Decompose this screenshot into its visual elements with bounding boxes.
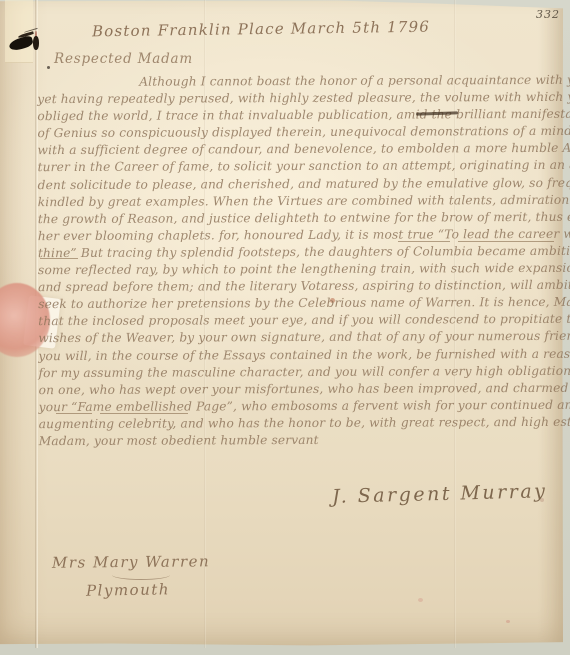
ink-underline — [398, 241, 450, 242]
ink-blot-small — [33, 36, 39, 50]
ink-underline — [56, 413, 92, 414]
letter-line: the growth of Reason, and justice deligh… — [38, 209, 562, 228]
address-place: Plymouth — [86, 580, 170, 599]
letter-line: Madam, your most obedient humble servant — [39, 431, 563, 450]
letter-line: augmenting celebrity, and who has the ho… — [39, 414, 563, 433]
letter-line: wishes of the Weaver, by your own signat… — [38, 328, 562, 347]
foxing-spot — [506, 620, 510, 623]
ink-underline — [458, 241, 554, 242]
foxing-spot — [418, 598, 423, 602]
letter-line: dent solicitude to please, and cherished… — [38, 174, 562, 193]
letter-line: her ever blooming chaplets. for, honoure… — [38, 226, 562, 245]
letter-salutation: Respected Madam — [54, 51, 193, 67]
letter-scan: 332 Boston Franklin Place March 5th 1796… — [0, 0, 570, 655]
letter-line: kindled by great examples. When the Virt… — [38, 192, 562, 211]
archive-page-number: 332 — [536, 8, 560, 21]
address-recipient: Mrs Mary Warren — [52, 552, 210, 571]
tape-residue — [5, 0, 33, 63]
ink-speck — [47, 66, 50, 69]
letter-body: Although I cannot boast the honor of a p… — [37, 72, 563, 450]
address-flourish — [112, 570, 170, 580]
letter-line: for my assuming the masculine character,… — [38, 362, 562, 381]
ink-underline — [100, 413, 188, 414]
letter-line: on one, who has wept over your misfortun… — [39, 380, 563, 399]
letter-line: you will, in the course of the Essays co… — [38, 345, 562, 364]
ink-underline — [40, 258, 78, 259]
letter-line: turer in the Career of fame, to solicit … — [38, 157, 562, 176]
